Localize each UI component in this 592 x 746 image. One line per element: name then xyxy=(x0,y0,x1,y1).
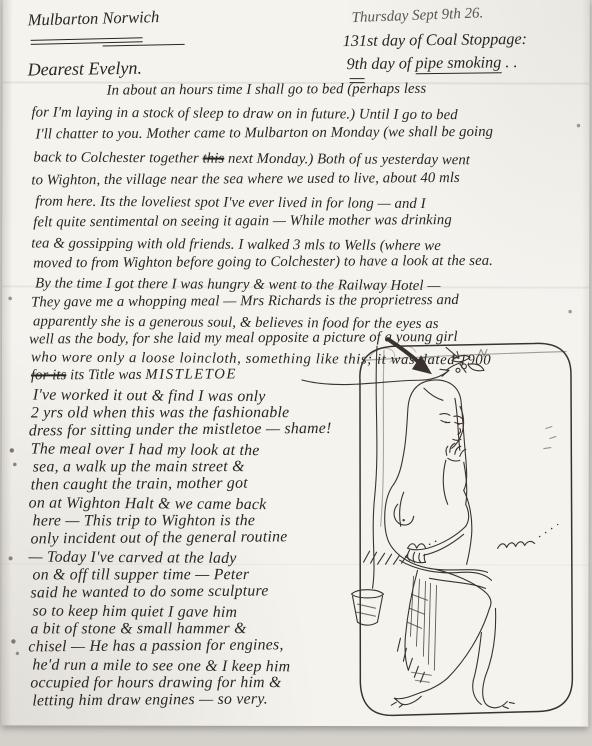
seated-figure xyxy=(384,380,515,709)
letter-line: tea & gossipping with old friends. I wal… xyxy=(31,235,441,255)
letter-line: In about an hours time I shall go to bed… xyxy=(107,81,427,100)
letter-line: only incident out of the general routine xyxy=(31,528,288,548)
scribble-marks xyxy=(498,426,559,548)
potted-plant xyxy=(351,346,384,625)
letter-line: from here. Its the loveliest spot I've e… xyxy=(35,193,425,213)
letter-line: so to keep him quiet I gave him xyxy=(32,602,237,622)
mistletoe-girl-sketch xyxy=(299,336,592,723)
letter-line: to Wighton, the village near the sea whe… xyxy=(31,170,460,189)
letter-line: — Today I've carved at the lady xyxy=(29,548,237,568)
letter-line: moved to from Wighton before going to Co… xyxy=(33,253,493,273)
sketch-frame xyxy=(359,343,573,716)
letter-line: on & off till supper time — Peter xyxy=(33,566,250,584)
date-line: Thursday Sept 9th 26. xyxy=(351,5,483,27)
letter-line: back to Colchester together this next Mo… xyxy=(33,149,470,169)
letter-line: sea, a walk up the main street & xyxy=(33,458,245,476)
letter-line: felt quite sentimental on seeing it agai… xyxy=(33,212,452,231)
sender-address: Mulbarton Norwich xyxy=(27,7,159,30)
letter-line: said he wanted to do some sculpture xyxy=(30,582,268,602)
address-underline-2 xyxy=(103,44,185,47)
letter-line: for I'm laying in a stock of sleep to dr… xyxy=(31,104,457,124)
letter-line: They gave me a whopping meal — Mrs Richa… xyxy=(31,292,459,311)
letter-line: I'll chatter to you. Mother came to Mulb… xyxy=(35,124,493,144)
date-line: 9th day of pipe smoking . . xyxy=(347,53,518,74)
salutation: Dearest Evelyn. xyxy=(27,58,142,81)
date-line: 131st day of Coal Stoppage: xyxy=(343,30,528,51)
address-underline xyxy=(31,37,143,45)
letter-paper: Mulbarton Norwich Thursday Sept 9th 26. … xyxy=(1,0,590,727)
letter-line: letting him draw engines — so very. xyxy=(32,690,268,710)
letter-line: for its its Title was MISTLETOE xyxy=(31,366,237,384)
letter-line: a bit of stone & small hammer & xyxy=(30,620,246,638)
letter-line: chisel — He has a passion for engines, xyxy=(28,636,283,656)
letter-scan: Mulbarton Norwich Thursday Sept 9th 26. … xyxy=(0,0,592,746)
letter-line: here — This trip to Wighton is the xyxy=(33,512,256,530)
letter-line: dress for sitting under the mistletoe — … xyxy=(29,420,332,441)
letter-line: then caught the train, mother got xyxy=(31,475,248,495)
letter-line: The meal over I had my look at the xyxy=(31,440,260,460)
